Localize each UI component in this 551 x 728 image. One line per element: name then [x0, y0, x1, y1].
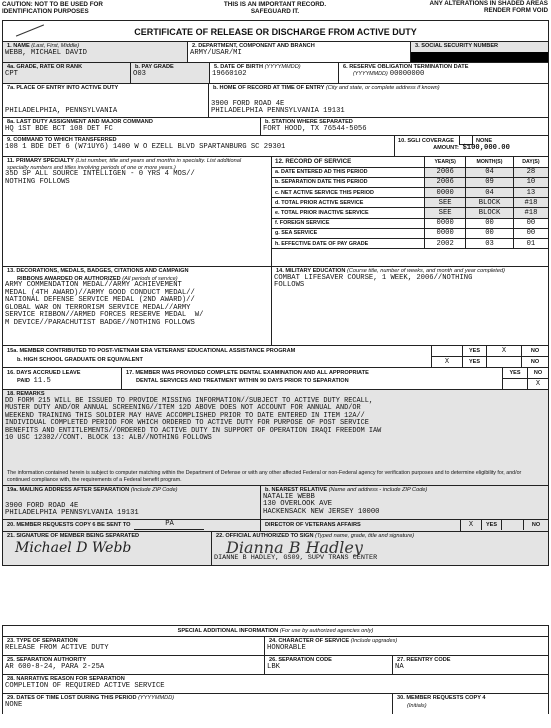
block-3-ssn: 3. SOCIAL SECURITY NUMBER — [411, 42, 548, 62]
block-20-copy-6: 20. MEMBER REQUESTS COPY 6 BE SENT TO PA… — [2, 520, 549, 532]
block-7a-place-of-entry: 7a. PLACE OF ENTRY INTO ACTIVE DUTY PHIL… — [3, 84, 209, 117]
block-7b-home-of-record: b. HOME OF RECORD AT TIME OF ENTRY (City… — [209, 84, 548, 117]
block-22-official-signature: 22. OFFICIAL AUTHORIZED TO SIGN (Typed n… — [212, 532, 548, 565]
block-19a-mailing-address: 19a. MAILING ADDRESS AFTER SEPARATION (I… — [3, 486, 261, 519]
block-2-department: 2. DEPARTMENT, COMPONENT AND BRANCH ARMY… — [188, 42, 411, 62]
service-row: b. SEPARATION DATE THIS PERIOD20060910 — [272, 177, 548, 187]
pen-mark — [16, 24, 44, 36]
form-header: CAUTION: NOT TO BE USED FOR IDENTIFICATI… — [0, 0, 551, 20]
service-row: d. TOTAL PRIOR ACTIVE SERVICESEEBLOCK#18 — [272, 198, 548, 208]
name-value: WEBB, MICHAEL DAVID — [3, 50, 187, 58]
block-16-accrued-leave: 16. DAYS ACCRUED LEAVE PAID 11.5 — [3, 368, 122, 389]
block-1-name: 1. NAME (Last, First, Middle) WEBB, MICH… — [3, 42, 188, 62]
block-29-time-lost: 29. DATES OF TIME LOST DURING THIS PERIO… — [3, 694, 393, 714]
block-27-reentry-code: 27. REENTRY CODE NA — [393, 656, 548, 674]
block-14-military-education: 14. MILITARY EDUCATION (Course title, nu… — [272, 267, 548, 345]
block-17-dental: 17. MEMBER WAS PROVIDED COMPLETE DENTAL … — [122, 368, 503, 389]
block-18-remarks: 18. REMARKS DD FORM 215 WILL BE ISSUED T… — [2, 390, 549, 486]
computer-matching-notice: The information contained herein is subj… — [3, 468, 548, 485]
block-15-checkboxes: YES X NO X YES NO — [432, 346, 548, 367]
block-30-copy-4: 30. MEMBER REQUESTS COPY 4 (Initials) — [393, 694, 548, 714]
block-15-education-program: 15a. MEMBER CONTRIBUTED TO POST-VIETNAM … — [3, 346, 432, 367]
block-10-sgli: 10. SGLI COVERAGE NONE AMOUNT: $100,000.… — [395, 136, 548, 156]
form-title: CERTIFICATE OF RELEASE OR DISCHARGE FROM… — [2, 20, 549, 42]
block-8a-last-duty: 8a. LAST DUTY ASSIGNMENT AND MAJOR COMMA… — [3, 118, 261, 135]
service-row: c. NET ACTIVE SERVICE THIS PERIOD0000041… — [272, 188, 548, 198]
service-row: a. DATE ENTERED AD THIS PERIOD20060428 — [272, 167, 548, 177]
department-value: ARMY/USAR/MI — [188, 50, 410, 58]
block-26-separation-code: 26. SEPARATION CODE LBK — [265, 656, 393, 674]
ssn-redaction — [411, 52, 548, 62]
service-row: f. FOREIGN SERVICE00000000 — [272, 218, 548, 228]
block-4a-grade: 4a. GRADE, RATE OR RANK CPT — [3, 63, 131, 83]
caution-notice: CAUTION: NOT TO BE USED FOR IDENTIFICATI… — [2, 1, 103, 15]
block-8b-station: b. STATION WHERE SEPARATED FORT HOOD, TX… — [261, 118, 548, 135]
block-19b-nearest-relative: b. NEAREST RELATIVE (Name and address - … — [261, 486, 548, 519]
block-12-record-of-service: 12. RECORD OF SERVICE YEAR(S) MONTH(S) D… — [272, 157, 548, 266]
block-25-separation-authority: 25. SEPARATION AUTHORITY AR 600-8-24, PA… — [3, 656, 265, 674]
block-28-narrative-reason: 28. NARRATIVE REASON FOR SEPARATION COMP… — [3, 675, 548, 693]
block-5-dob: 5. DATE OF BIRTH (YYYYMMDD) 19660102 — [210, 63, 339, 83]
block-6-reserve-obligation: 6. RESERVE OBLIGATION TERMINATION DATE (… — [339, 63, 548, 83]
dd214-form: CERTIFICATE OF RELEASE OR DISCHARGE FROM… — [2, 20, 549, 566]
block-11-primary-specialty: 11. PRIMARY SPECIALTY (List number, titl… — [3, 157, 272, 266]
service-row: e. TOTAL PRIOR INACTIVE SERVICESEEBLOCK#… — [272, 208, 548, 218]
block-13-decorations: 13. DECORATIONS, MEDALS, BADGES, CITATIO… — [3, 267, 272, 345]
special-additional-info: SPECIAL ADDITIONAL INFORMATION (For use … — [2, 625, 549, 714]
member-signature: Michael D Webb — [3, 540, 211, 556]
block-17-checkboxes: YES NO X — [503, 368, 548, 389]
block-9-command-transferred: 9. COMMAND TO WHICH TRANSFERRED 108 1 BD… — [3, 136, 395, 156]
block-4b-pay-grade: b. PAY GRADE O03 — [131, 63, 210, 83]
service-row: h. EFFECTIVE DATE OF PAY GRADE20020301 — [272, 239, 548, 249]
alterations-notice: ANY ALTERATIONS IN SHADED AREAS RENDER F… — [430, 0, 548, 14]
block-21-member-signature: 21. SIGNATURE OF MEMBER BEING SEPARATED … — [3, 532, 212, 565]
service-row: g. SEA SERVICE00000000 — [272, 228, 548, 238]
block-23-type-of-separation: 23. TYPE OF SEPARATION RELEASE FROM ACTI… — [3, 637, 265, 655]
important-record-notice: THIS IS AN IMPORTANT RECORD. SAFEGUARD I… — [200, 1, 350, 15]
block-24-character-of-service: 24. CHARACTER OF SERVICE (Include upgrad… — [265, 637, 548, 655]
